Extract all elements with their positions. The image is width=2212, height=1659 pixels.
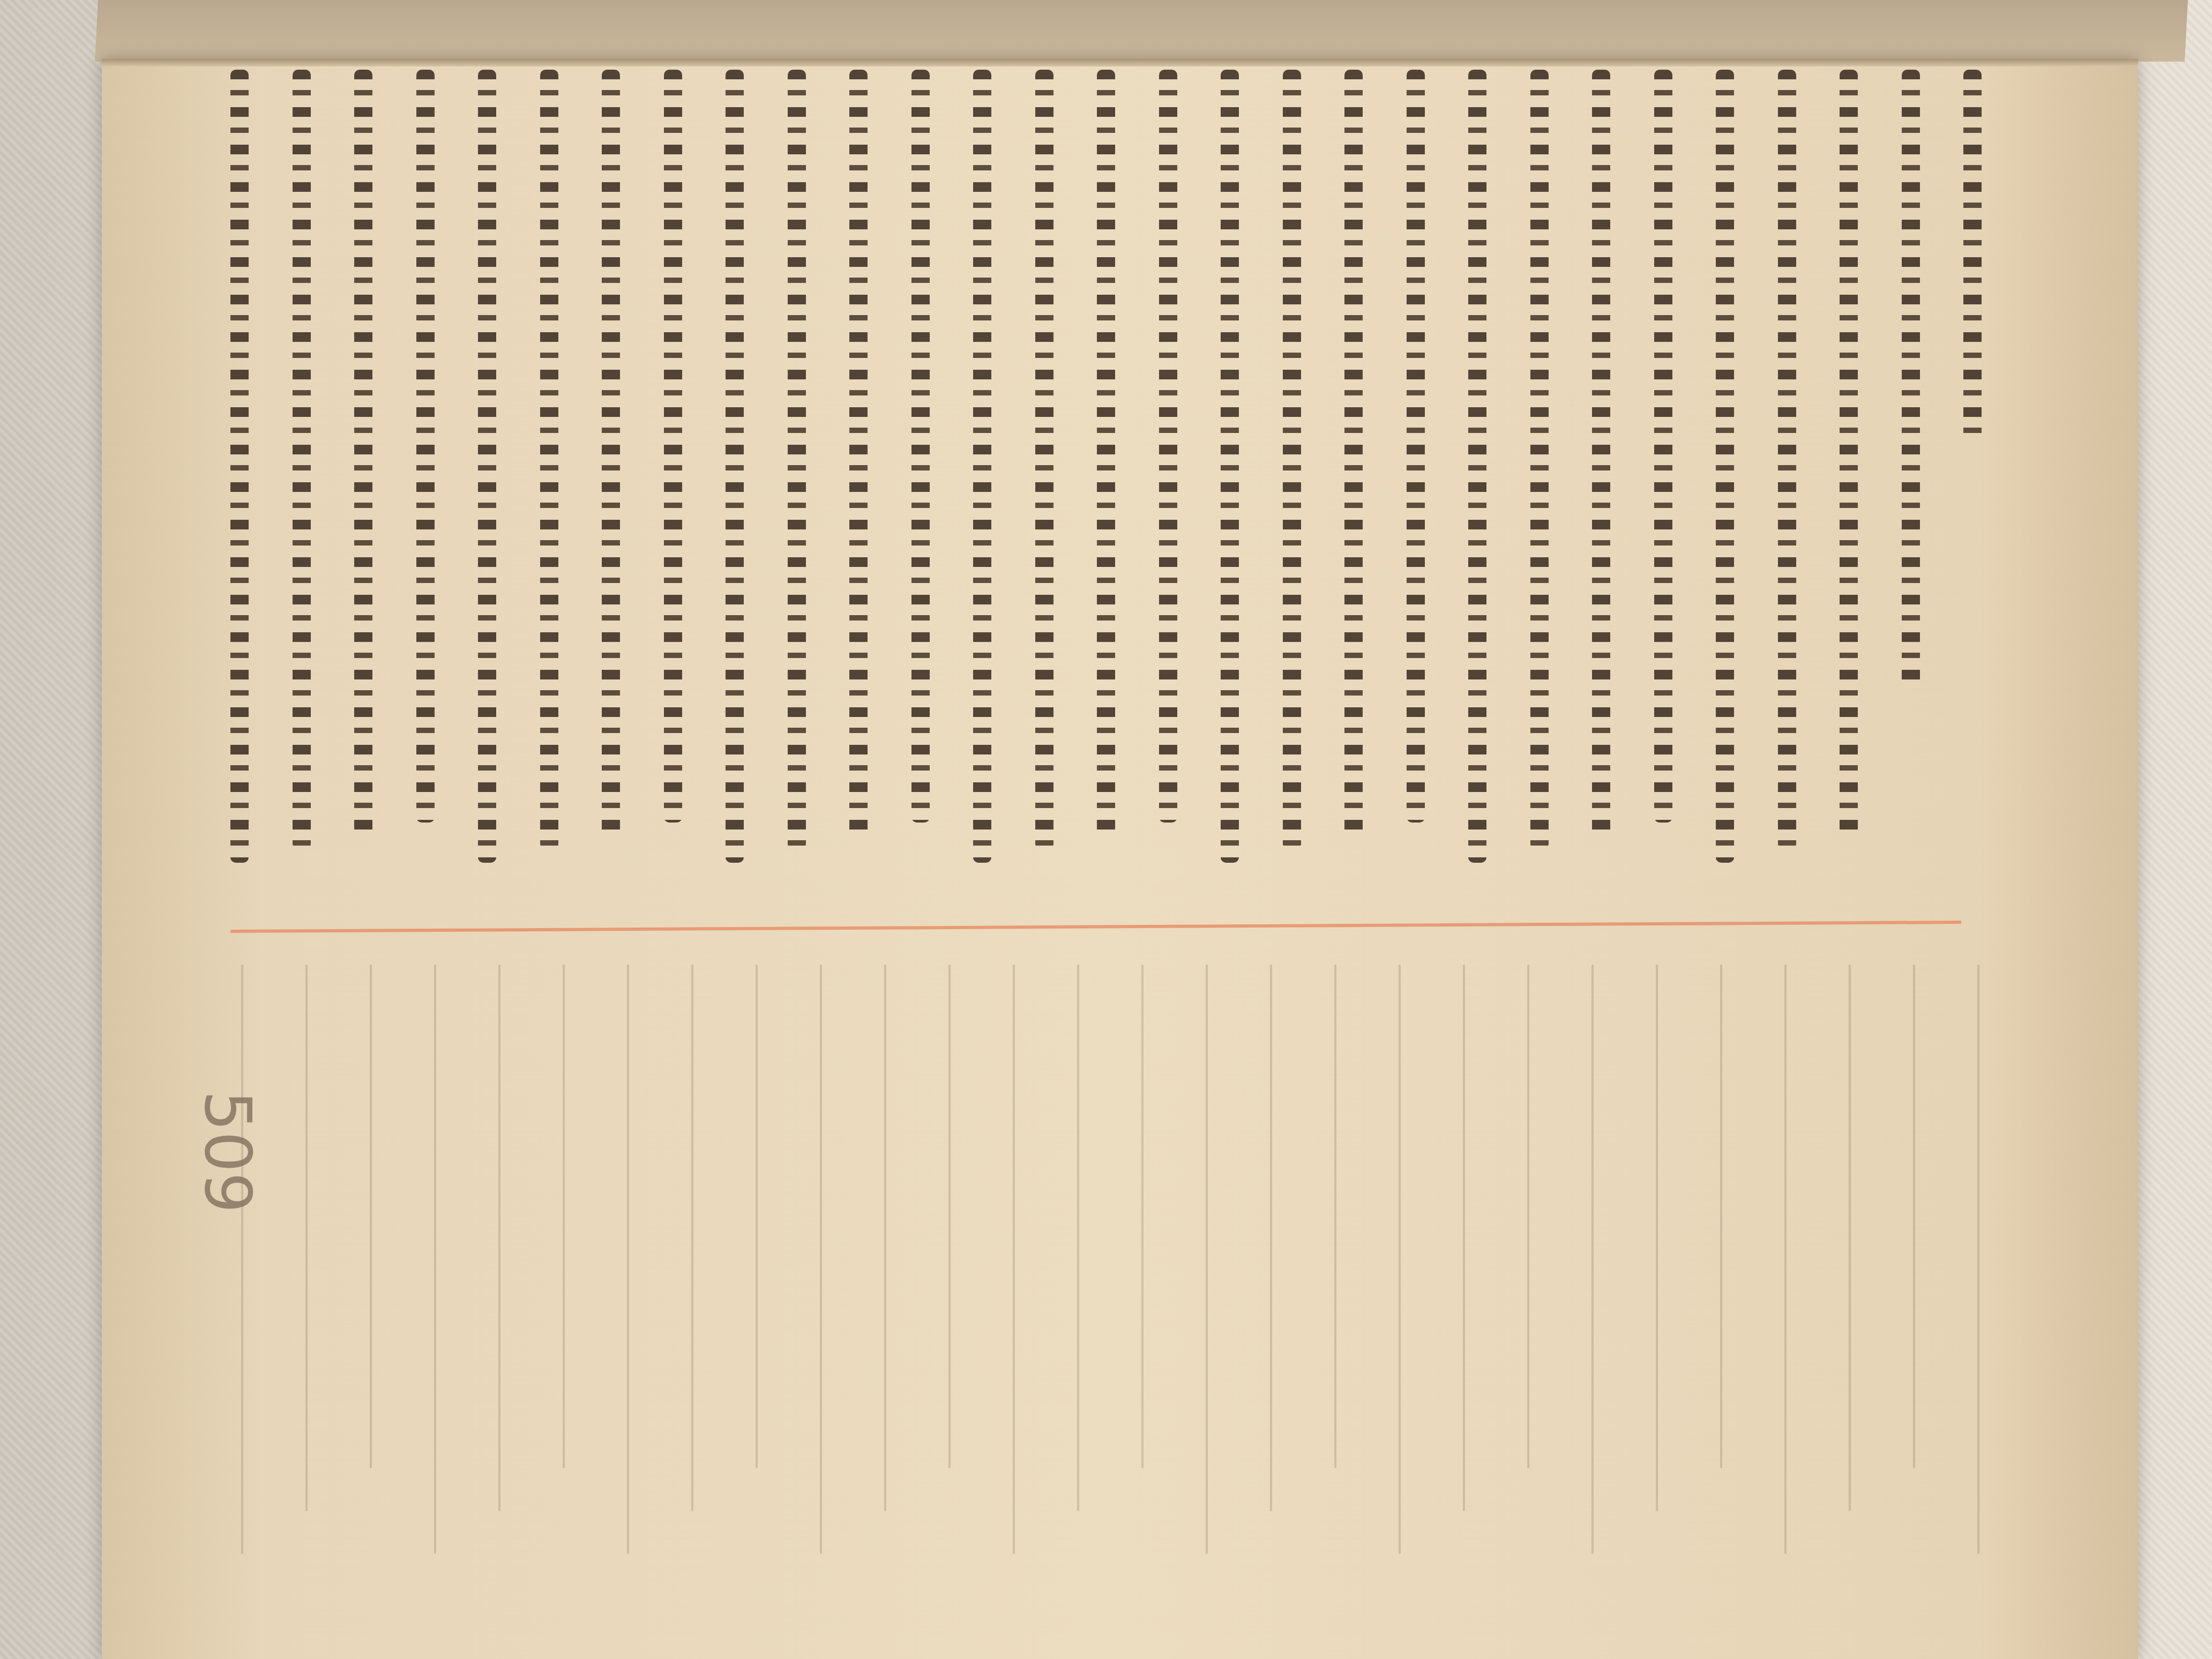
handwritten-line [230,70,249,863]
handwritten-line [1530,70,1549,849]
handwritten-text-block [225,70,2047,927]
handwritten-line [1097,70,1115,836]
handwritten-line [726,70,744,863]
handwritten-line [416,70,435,823]
handwritten-line [849,70,868,836]
handwritten-line [1035,70,1053,849]
handwritten-line [1654,70,1672,823]
handwritten-line [1902,70,1920,686]
handwritten-line [973,70,991,863]
handwritten-line [540,70,558,849]
handwritten-line [1716,70,1734,863]
handwritten-line [1159,70,1177,823]
bleed-through-text [230,965,2052,1634]
page-fold-edge [102,59,2138,66]
handwritten-line [664,70,682,823]
handwritten-line [293,70,311,849]
handwritten-line [602,70,620,836]
handwritten-line [1778,70,1796,849]
handwritten-line [1221,70,1239,863]
page-number: 509 [190,1090,265,1213]
handwritten-line [1344,70,1363,836]
handwritten-line [1468,70,1486,863]
handwritten-line [1592,70,1610,836]
handwritten-line [354,70,372,836]
handwritten-line [1283,70,1301,849]
handwritten-line [1407,70,1425,823]
handwritten-line [1840,70,1858,836]
handwritten-line [478,70,496,863]
handwritten-line [1963,70,1982,445]
handwritten-line [911,70,930,823]
underlying-page-edge [95,0,2188,62]
handwritten-line [788,70,806,849]
